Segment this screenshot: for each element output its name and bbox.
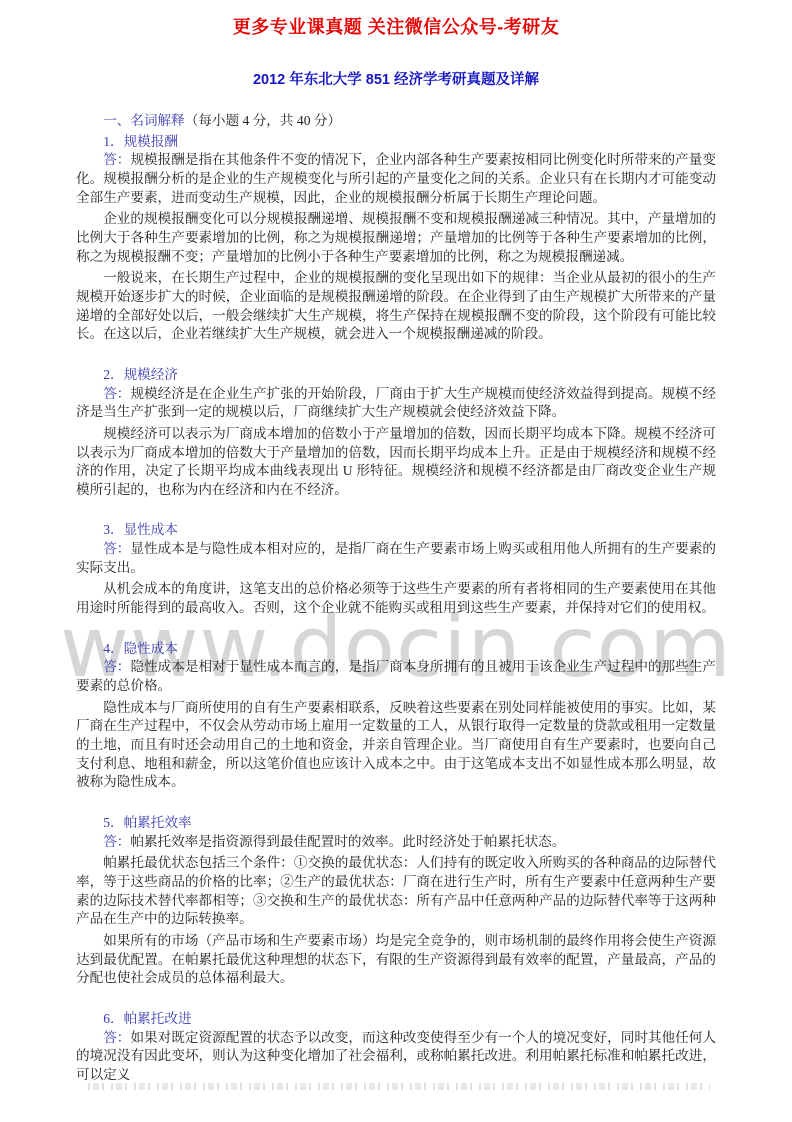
term-heading: 2．规模经济 bbox=[76, 366, 716, 385]
answer-text: 规模报酬是指在其他条件不变的情况下，企业内部各种生产要素按相同比例变化时所带来的… bbox=[76, 152, 716, 204]
answer-paragraph: 答：如果对既定资源配置的状态予以改变，而这种改变使得至少有一个人的境况变好，同时… bbox=[76, 1029, 716, 1085]
body-paragraph: 一般说来，在长期生产过程中，企业的规模报酬的变化呈现出如下的规律：当企业从最初的… bbox=[76, 269, 716, 344]
body-paragraph: 从机会成本的角度讲，这笔支出的总价格必须等于这些生产要素的所有者将相同的生产要素… bbox=[76, 580, 716, 617]
term-item-1: 1．规模报酬 答：规模报酬是指在其他条件不变的情况下，企业内部各种生产要素按相同… bbox=[76, 133, 716, 344]
footer-remnant-line bbox=[88, 1083, 710, 1090]
answer-paragraph: 答：帕累托效率是指资源得到最佳配置时的效率。此时经济处于帕累托状态。 bbox=[76, 833, 716, 852]
body-paragraph: 隐性成本与厂商所使用的自有生产要素相联系，反映着这些要素在别处同样能被使用的事实… bbox=[76, 699, 716, 792]
term-heading: 3．显性成本 bbox=[76, 521, 716, 540]
document-title: 2012 年东北大学 851 经济学考研真题及详解 bbox=[0, 68, 792, 89]
answer-label: 答： bbox=[103, 541, 130, 556]
answer-label: 答： bbox=[103, 152, 130, 167]
answer-label: 答： bbox=[103, 659, 130, 674]
answer-text: 规模经济是在企业生产扩张的开始阶段，厂商由于扩大生产规模而使经济效益得到提高。规… bbox=[76, 386, 716, 420]
answer-text: 显性成本是与隐性成本相对应的，是指厂商在生产要素市场上购买或租用他人所拥有的生产… bbox=[76, 541, 716, 575]
body-paragraph: 规模经济可以表示为厂商成本增加的倍数小于产量增加的倍数，因而长期平均成本下降。规… bbox=[76, 425, 716, 500]
document-page: 更多专业课真题 关注微信公众号-考研友 2012 年东北大学 851 经济学考研… bbox=[0, 0, 792, 1122]
term-item-2: 2．规模经济 答：规模经济是在企业生产扩张的开始阶段，厂商由于扩大生产规模而使经… bbox=[76, 366, 716, 500]
answer-label: 答： bbox=[103, 386, 130, 401]
answer-label: 答： bbox=[103, 1030, 130, 1045]
answer-paragraph: 答：规模经济是在企业生产扩张的开始阶段，厂商由于扩大生产规模而使经济效益得到提高… bbox=[76, 385, 716, 422]
answer-text: 如果对既定资源配置的状态予以改变，而这种改变使得至少有一个人的境况变好，同时其他… bbox=[76, 1030, 716, 1082]
term-heading: 4．隐性成本 bbox=[76, 640, 716, 659]
promo-banner: 更多专业课真题 关注微信公众号-考研友 bbox=[0, 0, 792, 39]
term-heading: 6．帕累托改进 bbox=[76, 1010, 716, 1029]
term-heading: 5．帕累托效率 bbox=[76, 814, 716, 833]
answer-text: 帕累托效率是指资源得到最佳配置时的效率。此时经济处于帕累托状态。 bbox=[130, 834, 565, 849]
answer-paragraph: 答：规模报酬是指在其他条件不变的情况下，企业内部各种生产要素按相同比例变化时所带… bbox=[76, 151, 716, 207]
answer-text: 隐性成本是相对于显性成本而言的，是指厂商本身所拥有的且被用于该企业生产过程中的那… bbox=[76, 659, 716, 693]
body-paragraph: 如果所有的市场（产品市场和生产要素市场）均是完全竞争的，则市场机制的最终作用将会… bbox=[76, 932, 716, 988]
body-paragraph: 企业的规模报酬变化可以分规模报酬递增、规模报酬不变和规模报酬递减三种情况。其中，… bbox=[76, 210, 716, 266]
term-heading: 1．规模报酬 bbox=[76, 133, 716, 152]
document-body: 一、名词解释（每小题 4 分，共 40 分） 1．规模报酬 答：规模报酬是指在其… bbox=[76, 112, 716, 1085]
section-heading: 一、名词解释 bbox=[103, 113, 185, 128]
answer-paragraph: 答：显性成本是与隐性成本相对应的，是指厂商在生产要素市场上购买或租用他人所拥有的… bbox=[76, 540, 716, 577]
body-paragraph: 帕累托最优状态包括三个条件：①交换的最优状态：人们持有的既定收入所购买的各种商品… bbox=[76, 854, 716, 929]
answer-paragraph: 答：隐性成本是相对于显性成本而言的，是指厂商本身所拥有的且被用于该企业生产过程中… bbox=[76, 658, 716, 695]
section-heading-line: 一、名词解释（每小题 4 分，共 40 分） bbox=[76, 112, 716, 131]
term-item-4: 4．隐性成本 答：隐性成本是相对于显性成本而言的，是指厂商本身所拥有的且被用于该… bbox=[76, 640, 716, 792]
term-item-3: 3．显性成本 答：显性成本是与隐性成本相对应的，是指厂商在生产要素市场上购买或租… bbox=[76, 521, 716, 617]
section-score-note: （每小题 4 分，共 40 分） bbox=[185, 113, 341, 128]
term-item-6: 6．帕累托改进 答：如果对既定资源配置的状态予以改变，而这种改变使得至少有一个人… bbox=[76, 1010, 716, 1085]
answer-label: 答： bbox=[103, 834, 130, 849]
term-item-5: 5．帕累托效率 答：帕累托效率是指资源得到最佳配置时的效率。此时经济处于帕累托状… bbox=[76, 814, 716, 988]
